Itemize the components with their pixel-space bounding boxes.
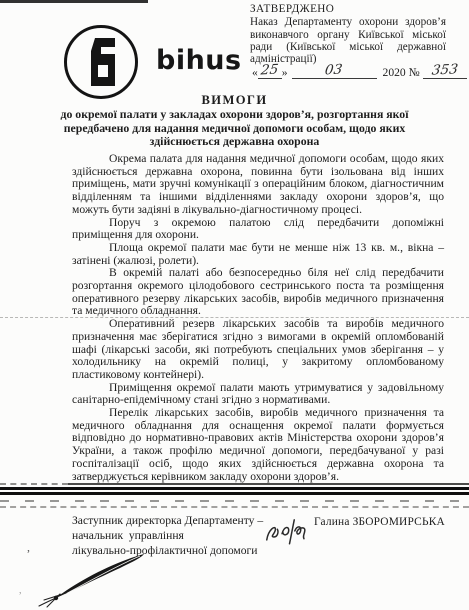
document-body: Окрема палата для надання медичної допом… [72, 153, 444, 483]
handwritten-doc-number: 353 [431, 61, 459, 78]
dotted-scan-line [0, 500, 469, 502]
dashed-scan-line [0, 506, 469, 508]
scanned-document-page: bihus ЗАТВЕРДЖЕНО Наказ Департаменту охо… [0, 0, 469, 610]
paragraph: Окрема палата для надання медичної допом… [72, 153, 444, 217]
subtitle-line: здійснюється державна охорона [33, 135, 436, 149]
bihus-logo-icon [64, 25, 138, 99]
double-rule-bottom [0, 492, 469, 495]
document-title: ВИМОГИ [0, 93, 469, 108]
close-quote: » [282, 66, 288, 79]
paragraph: Поруч з окремою палатою слід передбачити… [72, 217, 444, 242]
approval-date-line: «25» 03 2020 № 353 [252, 62, 467, 79]
scan-speck: , [27, 540, 30, 555]
scan-artifact-top-bar [0, 0, 148, 3]
handwritten-day: 25 [260, 62, 279, 79]
paragraph: Приміщення окремої палати мають утримува… [72, 382, 444, 407]
strike-line-left [0, 483, 68, 485]
signatory-name: Галина ЗБОРОМИРСЬКА [314, 516, 454, 528]
bihus-glyph-icon [85, 38, 117, 86]
approval-block: ЗАТВЕРДЖЕНО Наказ Департаменту охорони з… [250, 3, 446, 65]
approval-stamp: ЗАТВЕРДЖЕНО [250, 3, 446, 15]
pen-scribble-signature-icon [36, 550, 154, 608]
scan-speck: , [19, 585, 22, 596]
logo-wordmark: bihus [156, 45, 242, 76]
double-rule-top [0, 487, 469, 490]
date-year-label: 2020 № [383, 66, 420, 79]
subtitle-line: до окремої палати у закладах охорони здо… [33, 108, 436, 122]
paragraph: Площа окремої палати має бути не менше н… [72, 242, 444, 267]
approval-order-text: Наказ Департаменту охорони здоров’я вико… [250, 16, 446, 65]
paragraph: Оперативний резерв лікарських засобів та… [72, 318, 444, 382]
paragraph: Перелік лікарських засобів, виробів меди… [72, 407, 444, 483]
paragraph: В окремій палаті або безпосередньо біля … [72, 267, 444, 318]
scan-fold-line [0, 317, 469, 318]
handwritten-month: 03 [324, 62, 343, 79]
strike-line [68, 483, 469, 485]
document-subtitle: до окремої палати у закладах охорони здо… [33, 108, 436, 149]
subtitle-line: передбачено для надання медичної допомог… [33, 122, 436, 136]
